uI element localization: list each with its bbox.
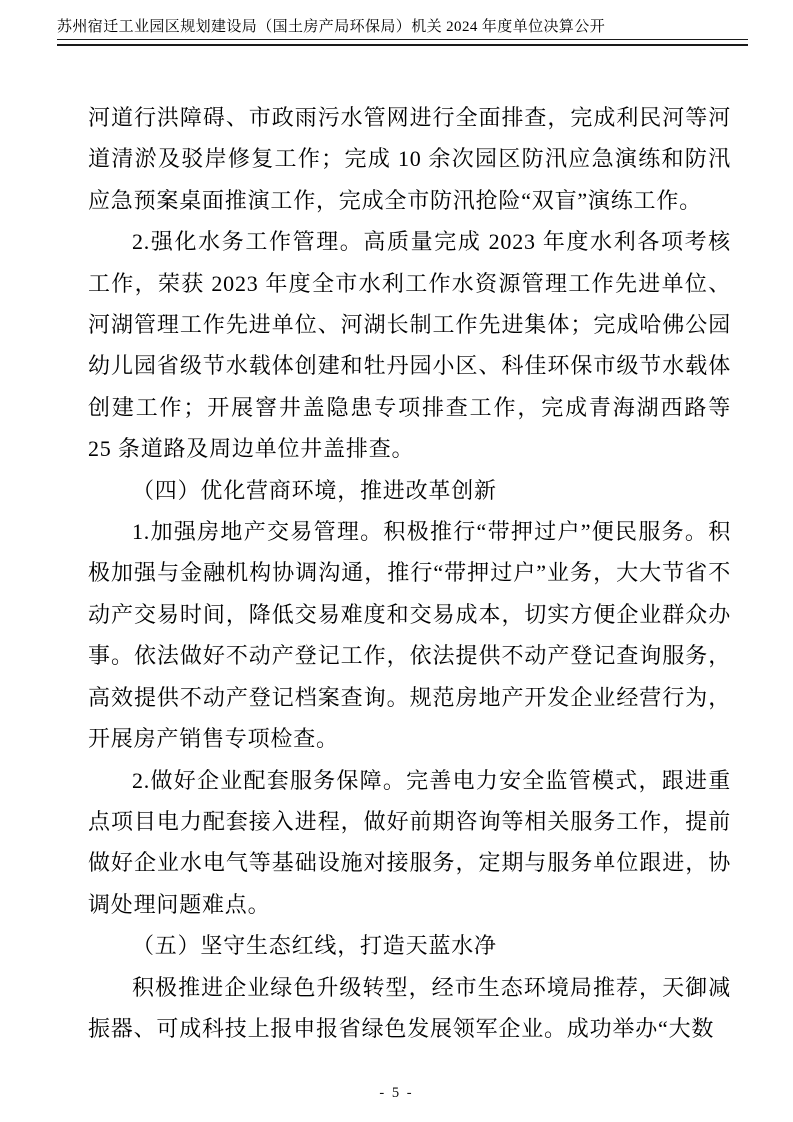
paragraph: 2.做好企业配套服务保障。完善电力安全监管模式，跟进重点项目电力配套接入进程，做… — [88, 760, 731, 926]
paragraph: （四）优化营商环境，推进改革创新 — [88, 470, 731, 511]
paragraph: （五）坚守生态红线，打造天蓝水净 — [88, 925, 731, 966]
page-number: - 5 - — [0, 1085, 793, 1102]
paragraph: 2.强化水务工作管理。高质量完成 2023 年度水利各项考核工作，荣获 2023… — [88, 221, 731, 469]
document-page: 苏州宿迁工业园区规划建设局（国土房产局环保局）机关 2024 年度单位决算公开 … — [0, 0, 793, 1122]
paragraph: 1.加强房地产交易管理。积极推行“带押过户”便民服务。积极加强与金融机构协调沟通… — [88, 511, 731, 759]
header-double-rule — [57, 39, 748, 46]
paragraph: 河道行洪障碍、市政雨污水管网进行全面排查，完成利民河等河道清淤及驳岸修复工作；完… — [88, 97, 731, 221]
paragraph: 积极推进企业绿色升级转型，经市生态环境局推荐，天御减振器、可成科技上报申报省绿色… — [88, 967, 731, 1050]
document-body: 河道行洪障碍、市政雨污水管网进行全面排查，完成利民河等河道清淤及驳岸修复工作；完… — [88, 97, 731, 1049]
header-title: 苏州宿迁工业园区规划建设局（国土房产局环保局）机关 2024 年度单位决算公开 — [57, 19, 748, 39]
page-header: 苏州宿迁工业园区规划建设局（国土房产局环保局）机关 2024 年度单位决算公开 — [57, 19, 748, 46]
